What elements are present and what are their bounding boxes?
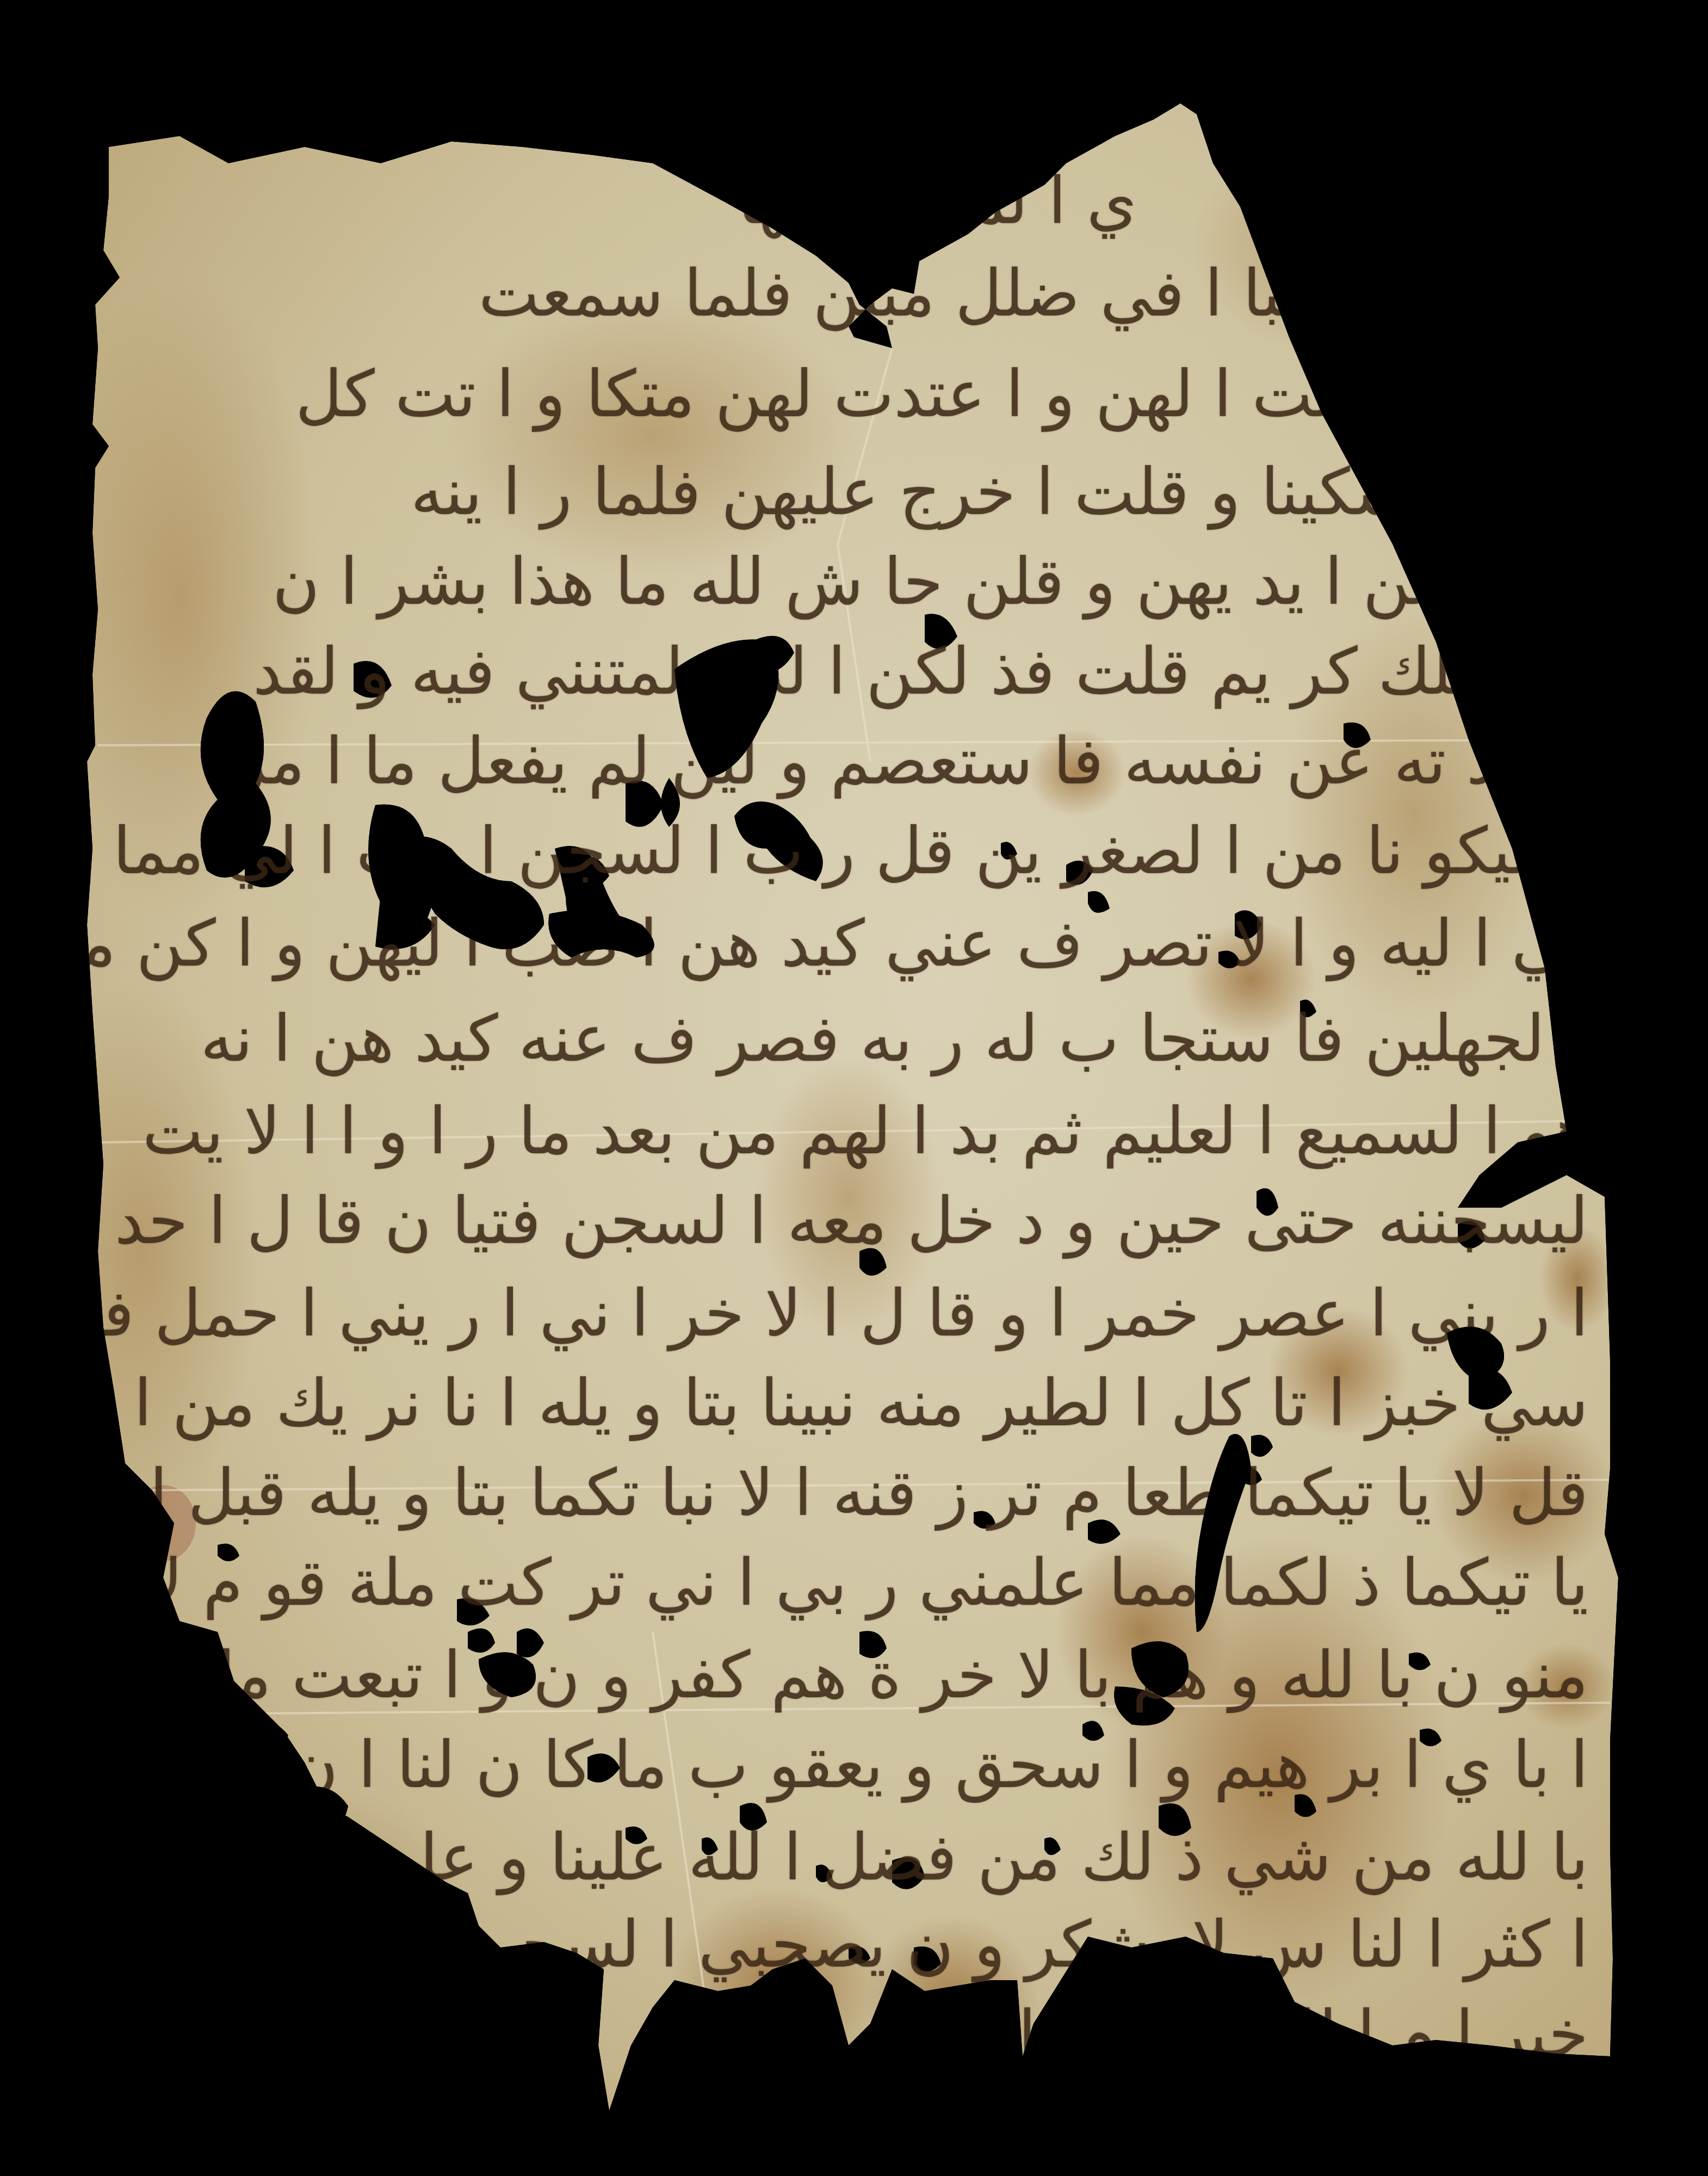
manuscript-line-18: ا با ي ا بر هيم و ا سحق و يعقو ب ما كا ن…: [86, 1727, 1588, 1802]
photo-stage: ي ا لمد ود فيها تتلعمها حبا ا في ضلل مبي…: [0, 0, 1708, 2176]
manuscript-line-21: خير ا م ا لله ا لو حد ا لقها ر: [845, 1996, 1588, 2072]
manuscript-line-6: ا لا ملك كر يم قلت فذ لكن ا لذي لمتنني ف…: [253, 634, 1583, 709]
manuscript-line-5: و قطعن ا يد يهن و قلن حا ش لله ما هذا بش…: [273, 544, 1577, 619]
manuscript-line-13: ا ر يني ا عصر خمر ا و قا ل ا لا خر ا ني …: [0, 1276, 1588, 1351]
manuscript-line-16: يا تيكما ذ لكما مما علمني ر بي ا ني تر ك…: [75, 1545, 1588, 1620]
manuscript-line-8: و ليكو نا من ا لصغر ين قل ر ب ا لسجن ا ح…: [0, 813, 1583, 888]
manuscript-line-4: منهن سكينا و قلت ا خرج عليهن فلما ر ا ين…: [411, 454, 1561, 529]
manuscript-line-17: منو ن با لله و هم با لا خر ة هم كفر و ن …: [181, 1637, 1588, 1713]
manuscript-line-2: تتلعمها حبا ا في ضلل مبين فلما سمعت: [479, 256, 1518, 331]
manuscript-line-1: ي ا لمد ود فيها: [738, 163, 1137, 238]
manuscript-line-20: ا كثر ا لنا س لا يشكر و ن يصحبي ا لسجن ا…: [0, 1907, 1588, 1982]
manuscript-line-12: ليسجننه حتى حين و د خل معه ا لسجن فتيا ن…: [0, 1183, 1588, 1258]
manuscript-line-7: ر ود ته عن نفسه فا ستعصم و لين لم يفعل م…: [235, 724, 1577, 799]
manuscript-line-14: سي خبز ا تا كل ا لطير منه نبينا بتا و يل…: [0, 1365, 1588, 1441]
manuscript-line-15: قل لا يا تيكما طعا م تر ز قنه ا لا نبا ت…: [82, 1455, 1588, 1530]
manuscript-line-9: ني ا ليه و ا لا تصر ف عني كيد هن ا صب ا …: [33, 906, 1583, 981]
manuscript-line-3: ن ا د سلت ا لهن و ا عتدت لهن متكا و ا تت…: [295, 356, 1545, 431]
manuscript-line-10: ا لجهلين فا ستجا ب له ر به فصر ف عنه كيد…: [201, 1001, 1583, 1076]
manuscript-line-11: هو ا لسميع ا لعليم ثم بد ا لهم من بعد ما…: [143, 1093, 1588, 1169]
manuscript-line-19: با لله من شي ذ لك من فضل ا لله علينا و ع…: [0, 1820, 1588, 1895]
